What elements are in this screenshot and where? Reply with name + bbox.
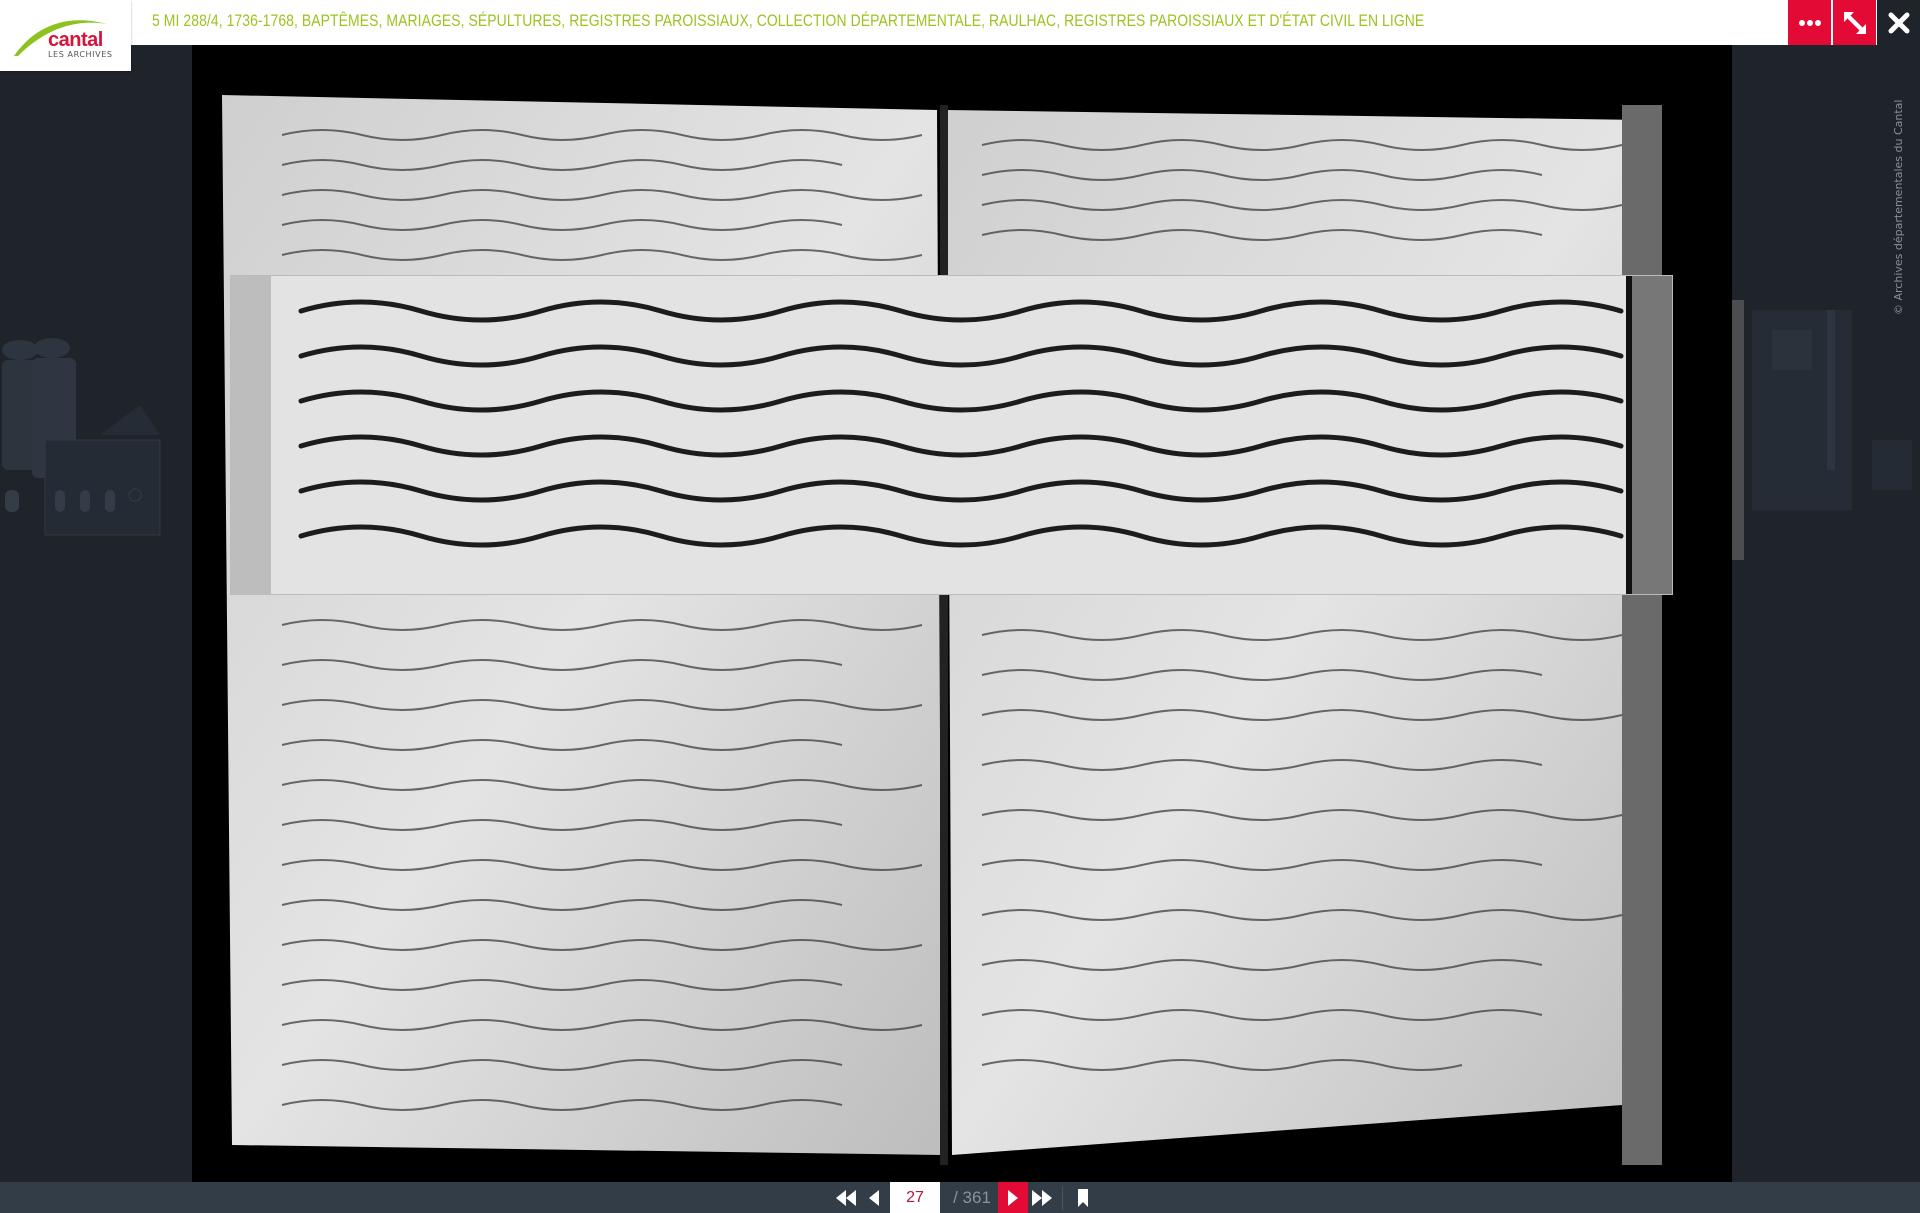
document-image-viewer[interactable]	[192, 45, 1732, 1182]
magnifier-inset	[230, 275, 1673, 595]
fullscreen-button[interactable]	[1833, 0, 1876, 45]
last-page-button[interactable]	[1028, 1182, 1056, 1213]
double-chevron-right-icon	[1031, 1189, 1053, 1207]
decorative-background-right	[1732, 300, 1920, 560]
nav-divider	[1062, 1186, 1063, 1210]
first-page-button[interactable]	[832, 1182, 860, 1213]
scanned-register-pages	[222, 65, 1662, 1165]
magnified-handwriting	[231, 276, 1673, 595]
bookmark-button[interactable]	[1069, 1182, 1097, 1213]
close-x-icon	[1888, 12, 1910, 34]
pagination-bar: / 361	[0, 1182, 1920, 1213]
document-title: 5 MI 288/4, 1736-1768, BAPTÊMES, MARIAGE…	[152, 11, 1424, 31]
next-page-button[interactable]	[998, 1182, 1028, 1213]
cantal-archives-logo[interactable]: cantal LES ARCHIVES	[0, 0, 131, 71]
bookmark-icon	[1077, 1188, 1089, 1208]
double-chevron-left-icon	[835, 1189, 857, 1207]
logo-brand-text: cantal	[48, 29, 103, 52]
page-number-input[interactable]	[890, 1182, 940, 1213]
page-navigation: / 361	[832, 1182, 1097, 1213]
ellipsis-icon	[1798, 19, 1822, 27]
top-bar: 5 MI 288/4, 1736-1768, BAPTÊMES, MARIAGE…	[0, 0, 1920, 45]
more-options-button[interactable]	[1788, 0, 1831, 45]
archive-viewer-app: 5 MI 288/4, 1736-1768, BAPTÊMES, MARIAGE…	[0, 0, 1920, 1213]
close-button[interactable]	[1877, 0, 1920, 45]
copyright-notice: © Archives départementales du Cantal	[1892, 100, 1905, 315]
triangle-right-icon	[1007, 1189, 1019, 1207]
logo-subtitle: LES ARCHIVES	[48, 50, 113, 59]
triangle-left-icon	[868, 1189, 880, 1207]
decorative-background-left	[0, 300, 192, 560]
previous-page-button[interactable]	[860, 1182, 888, 1213]
page-total: / 361	[946, 1188, 998, 1208]
expand-arrows-icon	[1842, 10, 1868, 36]
